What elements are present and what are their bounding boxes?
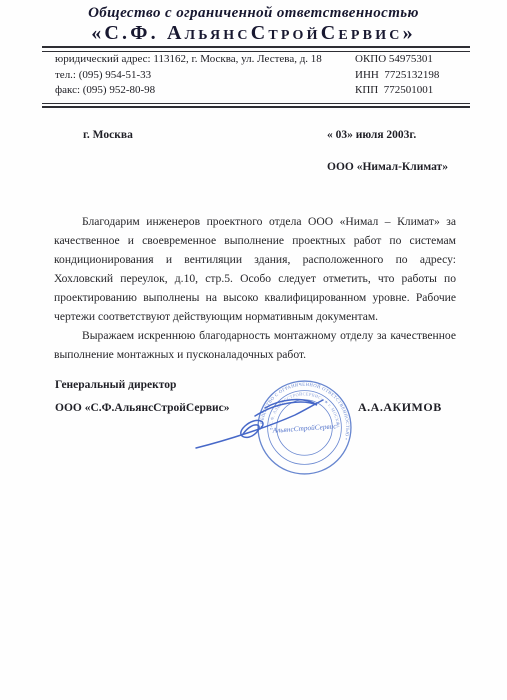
letter-date: « 03» июля 2003г. xyxy=(327,129,416,141)
letterhead-contact-block: юридический адрес: 113162, г. Москва, ул… xyxy=(55,52,322,99)
letterhead-rule-bottom-thin xyxy=(42,103,470,104)
signatory-title: Генеральный директор xyxy=(55,379,176,391)
body-paragraph-1: Благодарим инженеров проектного отдела О… xyxy=(54,212,456,326)
signatory-name: А.А.АКИМОВ xyxy=(358,400,442,415)
body-paragraph-2: Выражаем искреннюю благодарность монтажн… xyxy=(54,326,456,364)
letterhead-codes-block: ОКПО 54975301 ИНН 7725132198 КПП 7725010… xyxy=(355,52,439,99)
letterhead-org-name: «С.Ф. АльянсСтройСервис» xyxy=(0,22,507,45)
fax-line: факс: (095) 952-80-98 xyxy=(55,83,322,99)
legal-address-line: юридический адрес: 113162, г. Москва, ул… xyxy=(55,52,322,68)
letter-city: г. Москва xyxy=(83,129,133,141)
kpp-line: КПП 772501001 xyxy=(355,83,439,99)
okpo-line: ОКПО 54975301 xyxy=(355,52,439,68)
phone-line: тел.: (095) 954-51-33 xyxy=(55,68,322,84)
letter-body: Благодарим инженеров проектного отдела О… xyxy=(54,212,456,364)
handwritten-signature-icon xyxy=(183,394,343,466)
letter-page: Общество с ограниченной ответственностью… xyxy=(0,0,507,700)
letterhead-rule-bottom-thick xyxy=(42,106,470,108)
inn-line: ИНН 7725132198 xyxy=(355,68,439,84)
letterhead-org-type: Общество с ограниченной ответственностью xyxy=(0,5,507,22)
letterhead-rule-top-thick xyxy=(42,46,470,48)
letter-recipient: ООО «Нимал-Климат» xyxy=(327,161,448,173)
